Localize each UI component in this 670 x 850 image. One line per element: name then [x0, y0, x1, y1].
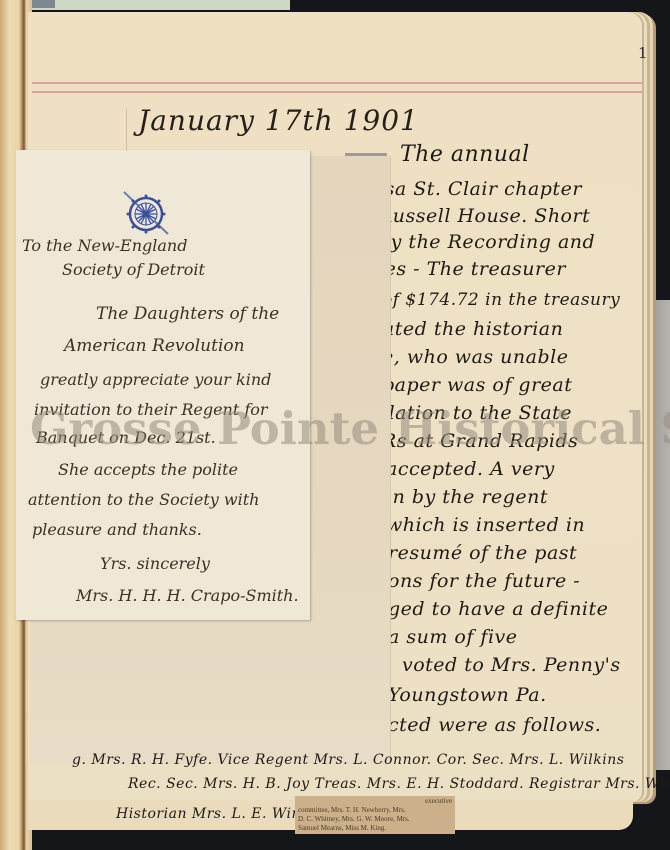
- minutes-line: Youngstown Pa.: [388, 684, 547, 706]
- minutes-line: ged to have a definite: [388, 598, 608, 620]
- minutes-line: paper was of great: [382, 374, 572, 396]
- compass-rose-emblem-icon: [118, 188, 174, 240]
- card-line: pleasure and thanks.: [32, 520, 202, 539]
- minutes-line: uted the historian: [382, 318, 563, 340]
- officers-line: g. Mrs. R. H. Fyfe. Vice Regent Mrs. L. …: [72, 752, 624, 768]
- minutes-line: which is inserted in: [386, 514, 585, 536]
- officers-line: Historian Mrs. L. E. Wing.: [116, 806, 315, 822]
- card-line: The Daughters of the: [96, 304, 279, 324]
- minutes-line: e, who was unable: [382, 346, 568, 368]
- minutes-line: a sum of five: [388, 626, 518, 648]
- red-rule-line: [32, 82, 642, 84]
- card-line: Society of Detroit: [62, 260, 205, 279]
- minutes-line: accepted. A very: [386, 458, 555, 480]
- page-stack-edge: [646, 300, 670, 770]
- minutes-line: voted to Mrs. Penny's: [402, 654, 621, 676]
- clipping-line: executive: [298, 797, 452, 806]
- minutes-line: cted were as follows.: [388, 714, 601, 736]
- minutes-line: ies - The treasurer: [378, 258, 566, 280]
- card-line: greatly appreciate your kind: [40, 370, 271, 389]
- minutes-line: resumé of the past: [388, 542, 577, 564]
- minutes-line: by the Recording and: [378, 231, 595, 253]
- minutes-line: Russell House. Short: [378, 205, 590, 227]
- card-line: She accepts the polite: [58, 460, 238, 479]
- newspaper-clipping: executive committee, Mrs. T. H. Newberry…: [295, 796, 455, 834]
- scanned-document: 1 January 17th 1901 The annual isa St. C…: [0, 0, 670, 850]
- watermark: Grosse Pointe Historical Society: [30, 402, 670, 455]
- red-rule-line: [32, 91, 642, 93]
- minutes-line: The annual: [400, 142, 530, 167]
- minutes-line: ons for the future -: [388, 570, 580, 592]
- page-number: 1: [638, 44, 648, 62]
- officers-line: Rec. Sec. Mrs. H. B. Joy Treas. Mrs. E. …: [128, 776, 670, 792]
- card-line: attention to the Society with: [28, 490, 259, 509]
- card-line: Mrs. H. H. H. Crapo-Smith.: [76, 586, 299, 605]
- clipping-line: Samuel Mearns, Miss M. King.: [298, 824, 452, 833]
- card-line: American Revolution: [64, 336, 245, 356]
- date-heading: January 17th 1901: [138, 104, 419, 137]
- card-line: Yrs. sincerely: [100, 554, 210, 573]
- card-line: To the New-England: [22, 236, 187, 255]
- minutes-line: of $174.72 in the treasury: [382, 290, 620, 310]
- minutes-line: isa St. Clair chapter: [378, 178, 582, 200]
- clipping-line: committee, Mrs. T. H. Newberry, Mrs.: [298, 806, 452, 815]
- clipping-line: D. C. Whitney, Mrs. G. W. Moore, Mrs.: [298, 815, 452, 824]
- minutes-line: in by the regent: [386, 486, 548, 508]
